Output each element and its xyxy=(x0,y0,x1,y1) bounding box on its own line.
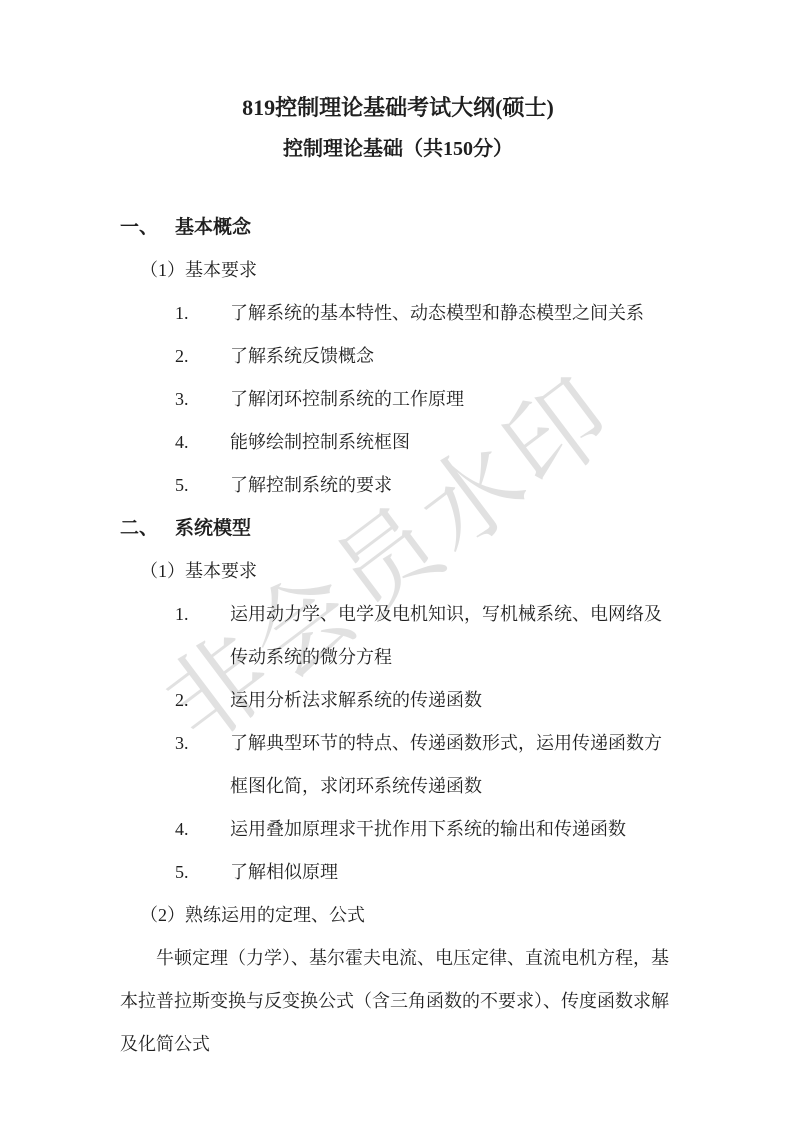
list-item: 3. 了解闭环控制系统的工作原理 xyxy=(175,378,676,421)
list-item: 5. 了解控制系统的要求 xyxy=(175,464,676,507)
item-number: 2. xyxy=(175,679,230,722)
list-item: 2. 运用分析法求解系统的传递函数 xyxy=(175,679,676,722)
list-item: 4. 运用叠加原理求干扰作用下系统的输出和传递函数 xyxy=(175,808,676,851)
section-heading-1: 一、 基本概念 xyxy=(120,206,676,249)
subsection-label: （1）基本要求 xyxy=(140,249,676,292)
document-page: 非会员水印 819控制理论基础考试大纲(硕士) 控制理论基础（共150分） 一、… xyxy=(0,0,793,1122)
section-number: 一、 xyxy=(120,206,175,249)
item-number: 3. xyxy=(175,722,230,808)
item-number: 4. xyxy=(175,808,230,851)
item-text: 了解系统反馈概念 xyxy=(230,335,374,378)
item-text: 运用动力学、电学及电机知识，写机械系统、电网络及传动系统的微分方程 xyxy=(230,593,676,679)
item-text: 了解系统的基本特性、动态模型和静态模型之间关系 xyxy=(230,292,644,335)
list-item: 4. 能够绘制控制系统框图 xyxy=(175,421,676,464)
item-number: 2. xyxy=(175,335,230,378)
item-text: 能够绘制控制系统框图 xyxy=(230,421,410,464)
item-number: 1. xyxy=(175,292,230,335)
document-content: 819控制理论基础考试大纲(硕士) 控制理论基础（共150分） 一、 基本概念 … xyxy=(0,0,793,1066)
doc-title: 819控制理论基础考试大纲(硕士) xyxy=(120,92,676,124)
section-title: 基本概念 xyxy=(175,206,251,249)
list-item: 5. 了解相似原理 xyxy=(175,851,676,894)
list-item: 3. 了解典型环节的特点、传递函数形式，运用传递函数方框图化简，求闭环系统传递函… xyxy=(175,722,676,808)
item-number: 4. xyxy=(175,421,230,464)
item-number: 3. xyxy=(175,378,230,421)
item-text: 了解闭环控制系统的工作原理 xyxy=(230,378,464,421)
item-text: 了解控制系统的要求 xyxy=(230,464,392,507)
item-text: 了解典型环节的特点、传递函数形式，运用传递函数方框图化简，求闭环系统传递函数 xyxy=(230,722,676,808)
subsection-label: （2）熟练运用的定理、公式 xyxy=(140,894,676,937)
theorem-paragraph: 牛顿定理（力学）、基尔霍夫电流、电压定律、直流电机方程，基本拉普拉斯变换与反变换… xyxy=(120,937,676,1066)
section-number: 二、 xyxy=(120,507,175,550)
doc-subtitle: 控制理论基础（共150分） xyxy=(120,134,676,164)
item-number: 5. xyxy=(175,851,230,894)
list-item: 1. 运用动力学、电学及电机知识，写机械系统、电网络及传动系统的微分方程 xyxy=(175,593,676,679)
item-number: 5. xyxy=(175,464,230,507)
list-item: 1. 了解系统的基本特性、动态模型和静态模型之间关系 xyxy=(175,292,676,335)
item-number: 1. xyxy=(175,593,230,679)
list-item: 2. 了解系统反馈概念 xyxy=(175,335,676,378)
item-text: 运用分析法求解系统的传递函数 xyxy=(230,679,482,722)
section-title: 系统模型 xyxy=(175,507,251,550)
item-text: 了解相似原理 xyxy=(230,851,338,894)
subsection-label: （1）基本要求 xyxy=(140,550,676,593)
item-text: 运用叠加原理求干扰作用下系统的输出和传递函数 xyxy=(230,808,626,851)
section-heading-2: 二、 系统模型 xyxy=(120,507,676,550)
